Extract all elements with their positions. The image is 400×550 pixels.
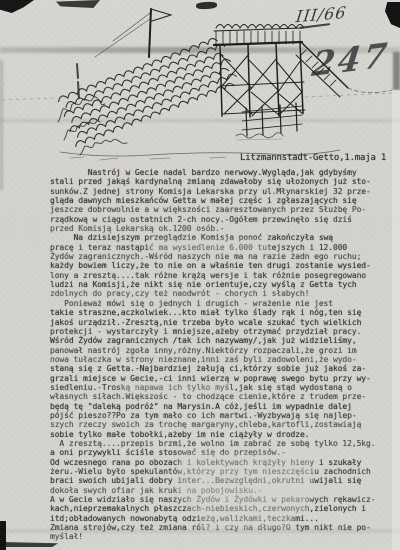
scanned-document-page: III/66 247 Litzmannstadt-Getto,1.maja 1 … <box>0 0 400 550</box>
paper-grain-overlay <box>0 0 400 550</box>
